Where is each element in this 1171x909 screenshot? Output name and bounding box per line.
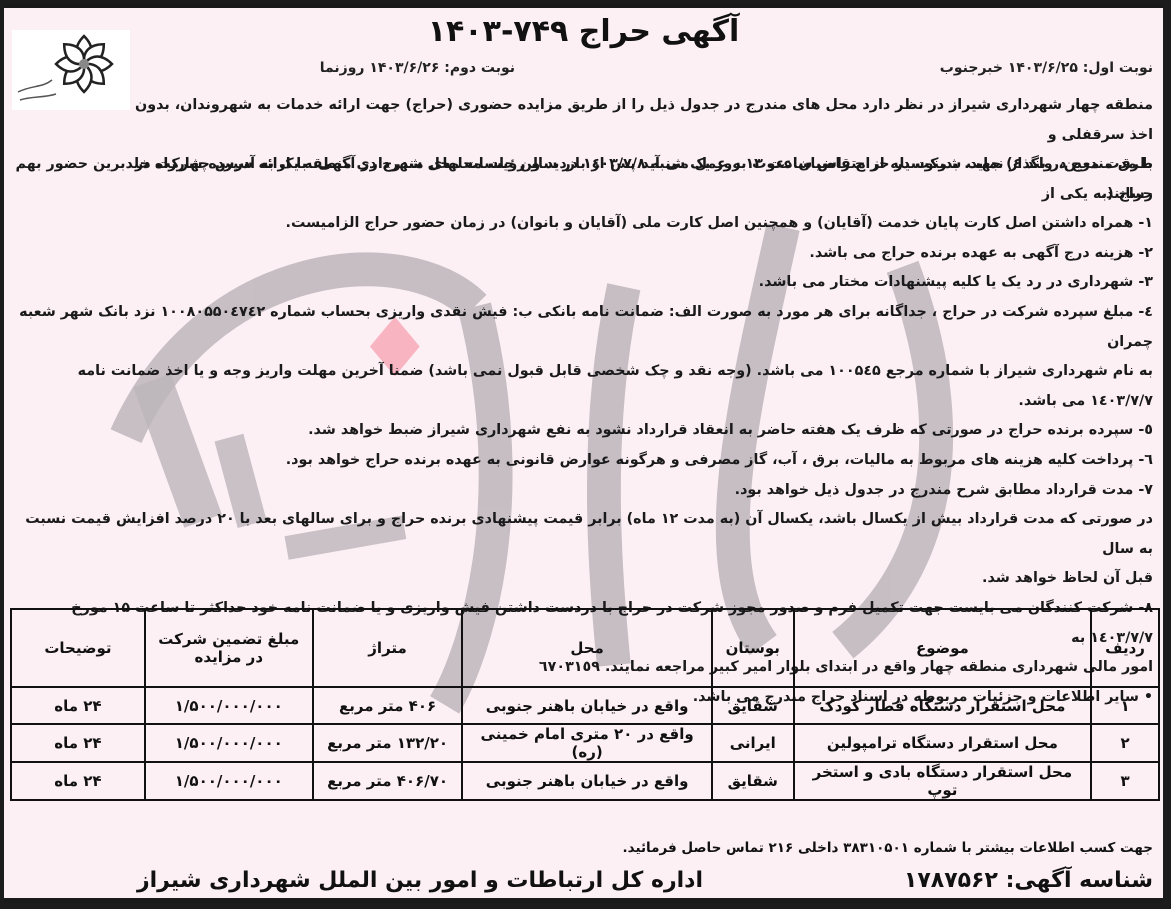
cell-subject: محل استقرار دستگاه قطار کودک — [794, 687, 1091, 724]
cell-notes: ۲۴ ماه — [11, 687, 145, 724]
cell-park: ایرانی — [712, 724, 794, 762]
cell-row-number: ۲ — [1091, 724, 1159, 762]
cell-location: واقع در خیابان باهنر جنوبی — [462, 762, 711, 800]
condition-item: قبل آن لحاظ خواهد شد. — [13, 564, 1153, 594]
ad-identifier: شناسه آگهی: ۱۷۸۷۵۶۲ — [904, 868, 1153, 893]
condition-item: ۲- هزینه درج آگهی به عهده برنده حراج می … — [13, 239, 1153, 269]
cell-notes: ۲۴ ماه — [11, 762, 145, 800]
cell-location: واقع در ۲۰ متری امام خمینی (ره) — [462, 724, 711, 762]
header-park: بوستان — [712, 609, 794, 687]
condition-item: در صورتی که مدت قرارداد بیش از یکسال باش… — [13, 505, 1153, 564]
cell-park: شقایق — [712, 687, 794, 724]
cell-notes: ۲۴ ماه — [11, 724, 145, 762]
cell-area: ۴۰۶/۷۰ متر مربع — [313, 762, 463, 800]
first-issue-date: نوبت اول: ۱۴۰۳/۶/۲۵ خبرجنوب — [940, 60, 1153, 76]
auction-items-table: ردیف موضوع بوستان محل متراژ مبلغ تضمین ش… — [10, 608, 1160, 801]
condition-item: ٦- پرداخت کلیه هزینه های مربوط به مالیات… — [13, 446, 1153, 476]
issuing-department: اداره کل ارتباطات و امور بین الملل شهردا… — [137, 868, 703, 893]
table-row: ۱ محل استقرار دستگاه قطار کودک شقایق واق… — [11, 687, 1159, 724]
municipality-logo — [12, 30, 130, 110]
condition-item: ٤- مبلغ سپرده شرکت در حراج ، جداگانه برا… — [13, 298, 1153, 357]
cell-park: شقایق — [712, 762, 794, 800]
condition-item: ۷- مدت قرارداد مطابق شرح مندرج در جدول ذ… — [13, 476, 1153, 506]
header-area: متراژ — [313, 609, 463, 687]
intro-line: منطقه چهار شهرداری شیراز در نظر دارد محل… — [135, 91, 1153, 150]
second-issue-date: نوبت دوم: ۱۴۰۳/۶/۲۶ روزنما — [320, 60, 515, 76]
header-row-number: ردیف — [1091, 609, 1159, 687]
condition-item: ۳- شهرداری در رد یک یا کلیه پیشنهادات مخ… — [13, 268, 1153, 298]
auction-notice-page: آگهی حراج ۷۴۹-۱۴۰۳ — [4, 4, 1163, 903]
condition-item: به نام شهرداری شیراز با شماره مرجع ۱۰۰۵٤… — [13, 357, 1153, 416]
cell-deposit: ۱/۵۰۰/۰۰۰/۰۰۰ — [145, 687, 313, 724]
cell-subject: محل استقرار دستگاه بادی و استخر توپ — [794, 762, 1091, 800]
cell-location: واقع در خیابان باهنر جنوبی — [462, 687, 711, 724]
header-deposit: مبلغ تضمین شرکت در مزایده — [145, 609, 313, 687]
header-subject: موضوع — [794, 609, 1091, 687]
condition-item: ۱- همراه داشتن اصل کارت پایان خدمت (آقای… — [13, 209, 1153, 239]
cell-deposit: ۱/۵۰۰/۰۰۰/۰۰۰ — [145, 724, 313, 762]
cell-subject: محل استقرار دستگاه ترامپولین — [794, 724, 1091, 762]
table-header-row: ردیف موضوع بوستان محل متراژ مبلغ تضمین ش… — [11, 609, 1159, 687]
flower-logo-icon — [12, 30, 130, 110]
notice-title: آگهی حراج ۷۴۹-۱۴۰۳ — [4, 14, 1163, 49]
table-row: ۲ محل استقرار دستگاه ترامپولین ایرانی وا… — [11, 724, 1159, 762]
bottom-border — [4, 898, 1163, 903]
header-notes: توضیحات — [11, 609, 145, 687]
condition-item: ٥- سپرده برنده حراج در صورتی که ظرف یک ه… — [13, 416, 1153, 446]
header-location: محل — [462, 609, 711, 687]
cell-area: ۱۳۲/۲۰ متر مربع — [313, 724, 463, 762]
table-row: ۳ محل استقرار دستگاه بادی و استخر توپ شق… — [11, 762, 1159, 800]
contact-info: جهت کسب اطلاعات بیشتر با شماره ۳۸۳۱۰۵۰۱ … — [623, 840, 1153, 856]
cell-area: ۴۰۶ متر مربع — [313, 687, 463, 724]
cell-row-number: ۱ — [1091, 687, 1159, 724]
cell-deposit: ۱/۵۰۰/۰۰۰/۰۰۰ — [145, 762, 313, 800]
cell-row-number: ۳ — [1091, 762, 1159, 800]
intro-line: طرق مندرج در بند ٤) جهت شرکت در حراج راس… — [13, 150, 1153, 209]
